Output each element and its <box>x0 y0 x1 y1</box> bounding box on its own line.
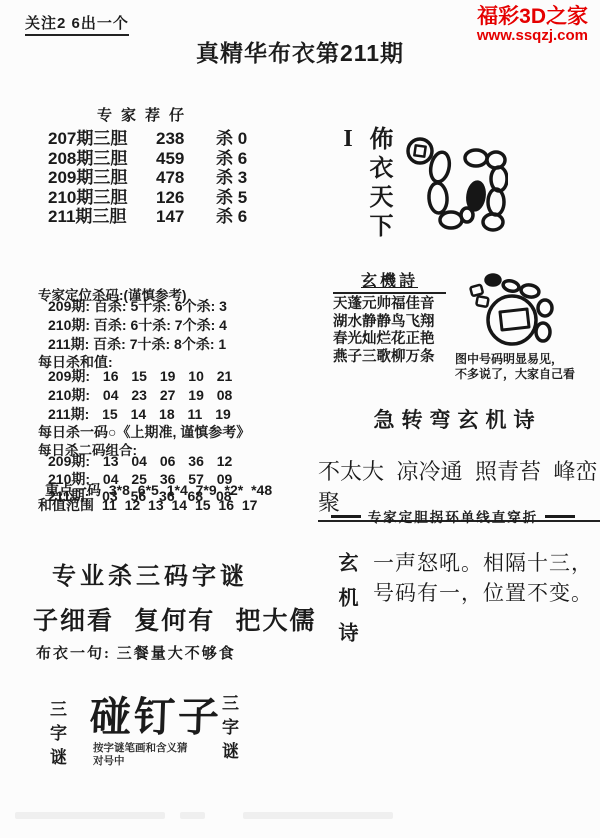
period-label: 210期三胆 <box>48 188 156 208</box>
list-item: 209期: 百杀: 5十杀: 6个杀: 3 <box>48 297 227 316</box>
expert-picks-heading: 专家荐仔 <box>97 104 193 125</box>
table-row: 207期三胆 238 杀 0 <box>48 129 247 149</box>
period-label: 208期三胆 <box>48 149 156 169</box>
pick-number: 126 <box>156 188 216 208</box>
three-char-riddle-label-left: 三字谜 <box>44 700 69 780</box>
lottery-sheet-page: 关注2 6出一个 福彩3D之家 www.ssqzj.com 真精华布衣第211期… <box>0 0 600 838</box>
brand-name: 福彩3D之家 <box>477 5 588 28</box>
riddle-phrase: 子细看 复何有 把大儒 <box>33 601 317 637</box>
attention-note: 关注2 6出一个 <box>25 12 129 36</box>
kill-value: 杀 6 <box>216 149 247 169</box>
riddle-answer: 碰钉子 <box>89 684 223 743</box>
divider-dash-left <box>331 515 361 518</box>
ghost-print-mark <box>15 812 165 819</box>
caption-line: 不多说了，大家自己看 <box>455 367 575 382</box>
list-item: 209期: 13 04 06 36 12 <box>48 453 232 471</box>
table-row: 209期三胆 478 杀 3 <box>48 168 247 188</box>
expert-picks-table: 207期三胆 238 杀 0 208期三胆 459 杀 6 209期三胆 478… <box>48 129 247 227</box>
poem-line: 湖水静静鸟飞翔 <box>333 314 446 332</box>
period-label: 211期三胆 <box>48 207 156 227</box>
buyi-tianxia-vertical-title: 佈衣天下I <box>334 126 396 251</box>
pick-number: 147 <box>156 207 216 227</box>
riddle-heading: 专业杀三码字谜 <box>52 556 248 591</box>
mystic-poem-heading: 玄機詩 <box>361 273 418 290</box>
riddle-answer-note: 按字谜笔画和含义猜 对号中 <box>93 742 188 768</box>
ghost-print-mark <box>180 812 205 819</box>
page-title: 真精华布衣第211期 <box>0 35 600 68</box>
mystic-bottom-line: 号码有一，位置不变。 <box>373 577 593 607</box>
list-item: 209期: 16 15 19 10 21 <box>48 367 232 386</box>
buyi-sentence: 布衣一句: 三餐量大不够食 <box>36 642 236 663</box>
poem-line: 春光灿烂花正艳 <box>333 331 446 349</box>
number-doodle-sketch <box>390 136 508 236</box>
mystic-poem-box: 玄機詩 天蓬元帅福佳音 湖水静静鸟飞翔 春光灿烂花正艳 燕子三歌柳万条 <box>333 268 446 366</box>
daily-kill-sum-rows: 209期: 16 15 19 10 21 210期: 04 23 27 19 0… <box>48 367 232 424</box>
pick-number: 478 <box>156 168 216 188</box>
table-row: 210期三胆 126 杀 5 <box>48 188 247 208</box>
sharp-turn-heading: 急转弯玄机诗 <box>330 404 585 434</box>
period-label: 207期三胆 <box>48 129 156 149</box>
table-row: 208期三胆 459 杀 6 <box>48 149 247 169</box>
note-line: 按字谜笔画和含义猜 <box>93 742 188 755</box>
pick-number: 459 <box>156 149 216 169</box>
note-line: 对号中 <box>93 755 188 768</box>
mystic-bottom-line: 一声怒吼。相隔十三， <box>373 547 593 577</box>
pick-number: 238 <box>156 129 216 149</box>
poem-line: 燕子三歌柳万条 <box>333 349 446 367</box>
period-label: 209期三胆 <box>48 168 156 188</box>
kill-value: 杀 0 <box>216 129 247 149</box>
caption-line: 图中号码明显易见， <box>455 352 575 367</box>
list-item: 210期: 04 23 27 19 08 <box>48 386 232 405</box>
figure-caption: 图中号码明显易见， 不多说了，大家自己看 <box>455 352 575 382</box>
kill-value: 杀 6 <box>216 207 247 227</box>
expert-divider: 专家定胆拐环单线直穿折 <box>322 506 584 526</box>
list-item: 210期: 百杀: 6十杀: 7个杀: 4 <box>48 316 227 335</box>
mystic-poem-heading-row: 玄機詩 <box>333 268 446 294</box>
kill-value: 杀 3 <box>216 168 247 188</box>
ghost-print-mark <box>243 812 393 819</box>
sum-range: 和值范围 11 12 13 14 15 16 17 <box>38 495 257 515</box>
mystic-poem-vertical-label: 玄机诗 <box>332 552 361 657</box>
kill-value: 杀 5 <box>216 188 247 208</box>
mystic-poem-lines: 天蓬元帅福佳音 湖水静静鸟飞翔 春光灿烂花正艳 燕子三歌柳万条 <box>333 296 446 366</box>
coin-chain-doodle-sketch <box>455 270 565 355</box>
poem-line: 天蓬元帅福佳音 <box>333 296 446 314</box>
divider-dash-right <box>545 515 575 518</box>
table-row: 211期三胆 147 杀 6 <box>48 207 247 227</box>
divider-text: 专家定胆拐环单线直穿折 <box>368 506 539 526</box>
position-kill-rows: 209期: 百杀: 5十杀: 6个杀: 3 210期: 百杀: 6十杀: 7个杀… <box>48 297 227 354</box>
three-char-riddle-label-right: 三字谜 <box>216 694 241 774</box>
